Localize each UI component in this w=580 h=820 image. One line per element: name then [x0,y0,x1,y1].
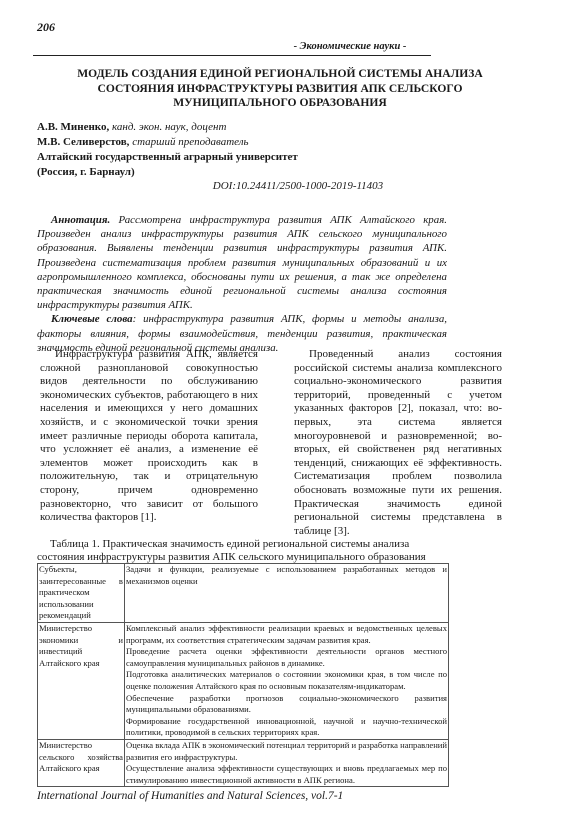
table-header-row: Субъекты, заинтересованные в практическо… [38,564,449,623]
author-name: М.В. Селиверстов, [37,136,129,148]
author-role: канд. экон. наук, доцент [112,121,226,133]
author-role: старший преподаватель [132,136,248,148]
author: А.В. Миненко, канд. экон. наук, доцент [37,120,298,135]
table-header-cell: Задачи и функции, реализуемые с использо… [125,564,449,623]
body-paragraph: Инфраструктура развития АПК, является сл… [40,348,258,525]
section-header: - Экономические науки - [0,41,580,52]
abstract-paragraph: Аннотация. Рассмотрена инфраструктура ра… [37,213,447,312]
table-caption: Таблица 1. Практическая значимость едино… [37,538,447,565]
author-name: А.В. Миненко, [37,121,109,133]
task-item: Формирование государственной инновационн… [126,716,447,739]
table-row: Министерство сельского хозяйства Алтайск… [38,739,449,786]
header-rule [33,55,431,56]
body-paragraph: Проведенный анализ состояния российской … [294,348,502,538]
abstract: Аннотация. Рассмотрена инфраструктура ра… [37,213,447,355]
abstract-label: Аннотация. [51,214,110,226]
doi: DOI:10.24411/2500-1000-2019-11403 [0,180,580,192]
table-header-cell: Субъекты, заинтересованные в практическо… [38,564,125,623]
task-item: Обеспечение разработки прогнозов социаль… [126,693,447,716]
journal-footer: International Journal of Humanities and … [37,790,343,802]
data-table: Субъекты, заинтересованные в практическо… [37,563,449,787]
table-cell-tasks: Комплексный анализ эффективности реализа… [125,622,449,739]
task-item: Оценка вклада АПК в экономический потенц… [126,740,447,763]
title-line: МОДЕЛЬ СОЗДАНИЯ ЕДИНОЙ РЕГИОНАЛЬНОЙ СИСТ… [40,67,520,82]
keywords-label: Ключевые слова [51,313,133,325]
doi-link[interactable]: DOI:10.24411/2500-1000-2019-11403 [213,180,383,192]
table-cell-tasks: Оценка вклада АПК в экономический потенц… [125,739,449,786]
task-item: Комплексный анализ эффективности реализа… [126,623,447,646]
title-line: МУНИЦИПАЛЬНОГО ОБРАЗОВАНИЯ [40,96,520,111]
table-cell-subject: Министерство сельского хозяйства Алтайск… [38,739,125,786]
location: (Россия, г. Барнаул) [37,165,298,180]
table-row: Министерство экономики и инвестиций Алта… [38,622,449,739]
section-title: - Экономические науки - [294,41,407,52]
page-number: 206 [37,20,55,35]
task-item: Подготовка аналитических материалов о со… [126,669,447,692]
body-column-right: Проведенный анализ состояния российской … [294,348,502,538]
abstract-text: Рассмотрена инфраструктура развития АПК … [37,214,447,311]
affiliation: Алтайский государственный аграрный униве… [37,150,298,165]
table-cell-subject: Министерство экономики и инвестиций Алта… [38,622,125,739]
article-title: МОДЕЛЬ СОЗДАНИЯ ЕДИНОЙ РЕГИОНАЛЬНОЙ СИСТ… [40,67,520,111]
task-item: Проведение расчета оценки эффективности … [126,646,447,669]
body-column-left: Инфраструктура развития АПК, является сл… [40,348,258,525]
author: М.В. Селиверстов, старший преподаватель [37,135,298,150]
task-item: Осуществление анализа эффективности суще… [126,763,447,786]
author-block: А.В. Миненко, канд. экон. наук, доцент М… [37,120,298,180]
title-line: СОСТОЯНИЯ ИНФРАСТРУКТУРЫ РАЗВИТИЯ АПК СЕ… [40,82,520,97]
